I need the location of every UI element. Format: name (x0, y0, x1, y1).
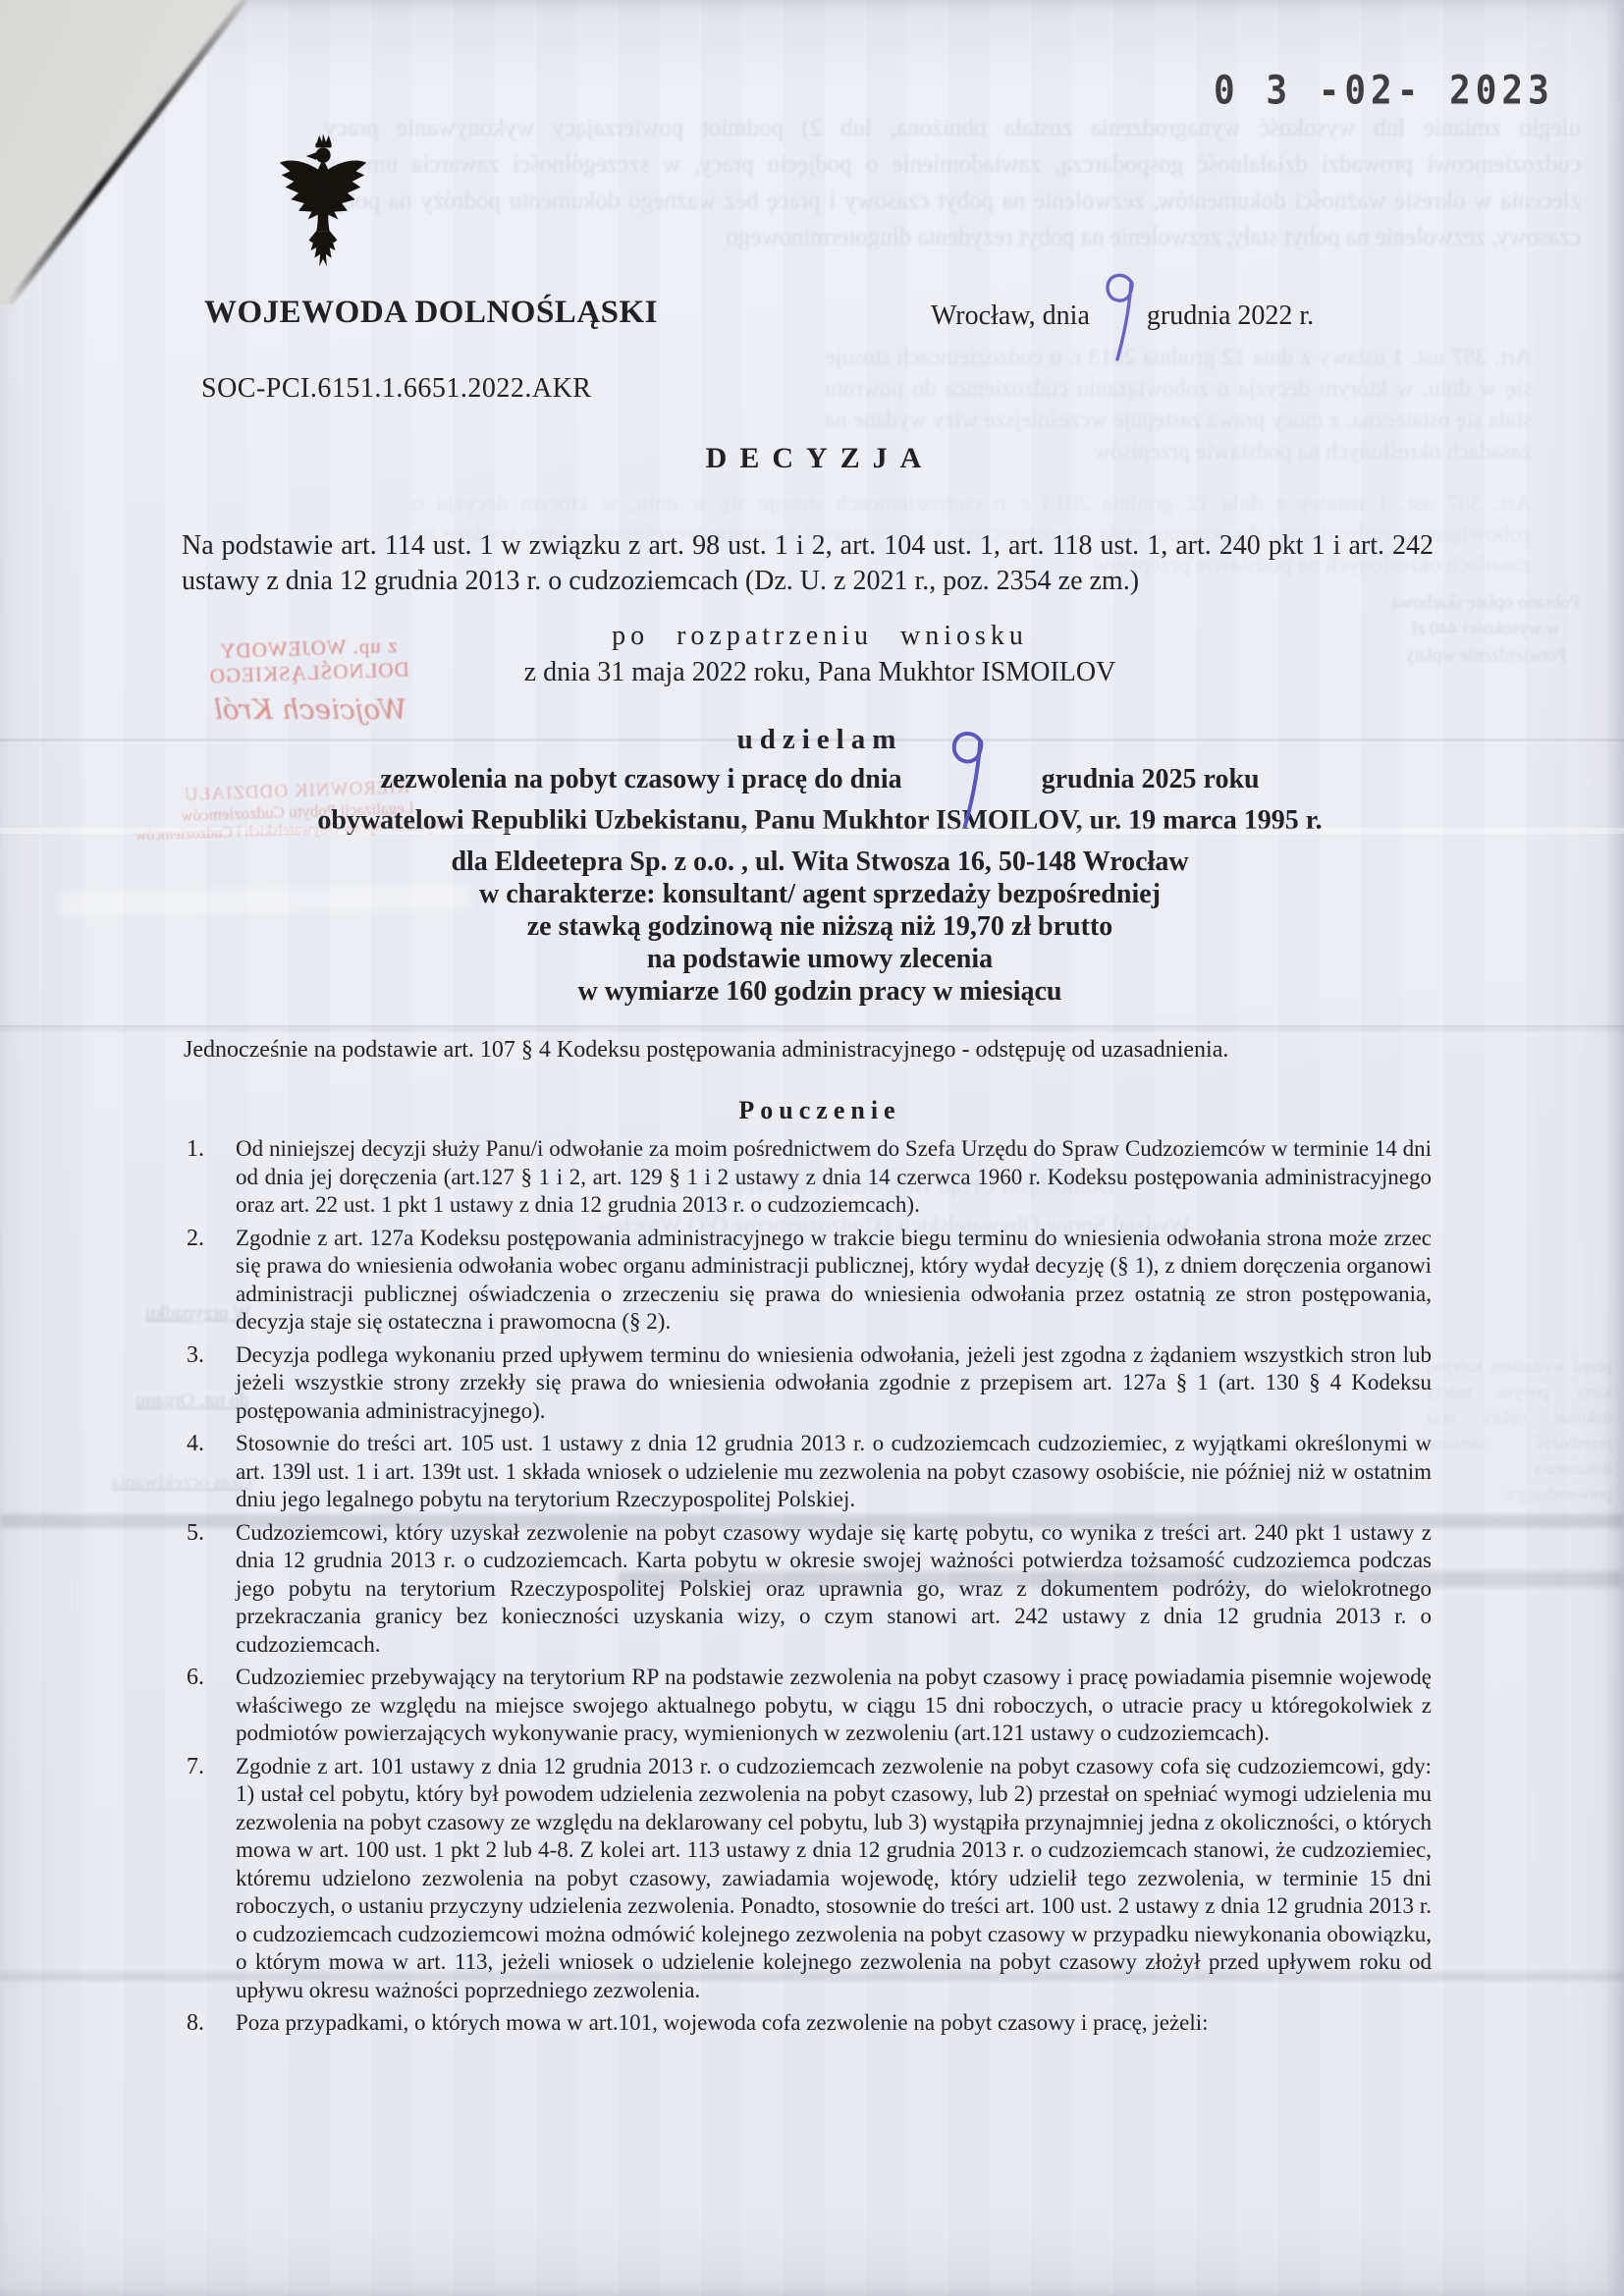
item-text: Cudzoziemcowi, który uzyskał zezwolenie … (236, 1519, 1432, 1660)
hours-line: w wymiarze 160 godzin pracy w miesiącu (20, 976, 1620, 1008)
pouczenie-item-3: 3. Decyzja podlega wykonaniu przed upływ… (187, 1341, 1432, 1426)
legal-basis-paragraph: Na podstawie art. 114 ust. 1 w związku z… (182, 528, 1434, 599)
item-text: Decyzja podlega wykonaniu przed upływem … (236, 1341, 1432, 1426)
pouczenie-item-8: 8. Poza przypadkami, o których mowa w ar… (187, 2009, 1432, 2038)
item-text: Zgodnie z art. 127a Kodeksu postępowania… (236, 1225, 1432, 1337)
grant-line-1: zezwolenia na pobyt czasowy i pracę do d… (20, 764, 1620, 795)
item-text: Cudzoziemiec przebywający na terytorium … (236, 1664, 1432, 1748)
item-text: Poza przypadkami, o których mowa w art.1… (236, 2009, 1432, 2038)
pouczenie-heading: Pouczenie (20, 1096, 1620, 1125)
scanned-decision-page: uległo zmianie lub wysokość wynagrodzeni… (0, 0, 1624, 2296)
pouczenie-item-6: 6. Cudzoziemiec przebywający na terytori… (187, 1664, 1432, 1748)
after-consideration-line: po rozpatrzeniu wniosku (20, 621, 1620, 652)
decision-document: 0 3 -02- 2023 WOJEWODA DOLNOŚLĄSKI Wrocł… (0, 0, 1624, 2296)
item-text: Zgodnie z art. 101 ustawy z dnia 12 grud… (236, 1753, 1432, 2005)
item-text: Stosownie do treści art. 105 ust. 1 usta… (236, 1430, 1432, 1514)
item-number: 5. (187, 1519, 236, 1660)
place-and-date-line: Wrocław, dnia grudnia 2022 r. (931, 301, 1314, 332)
handwritten-grant-day-mark (943, 727, 992, 831)
item-number: 7. (187, 1753, 236, 2005)
polish-eagle-emblem (276, 124, 370, 283)
handwritten-day-mark (1098, 269, 1141, 363)
grant-line-2: obywatelowi Republiki Uzbekistanu, Panu … (20, 805, 1620, 837)
item-number: 6. (187, 1664, 236, 1748)
justification-waiver-paragraph: Jednocześnie na podstawie art. 107 § 4 K… (184, 1037, 1435, 1064)
received-date-stamp: 0 3 -02- 2023 (1214, 69, 1554, 114)
contract-line: na podstawie umowy zlecenia (20, 944, 1620, 975)
authority-name: WOJEWODA DOLNOŚLĄSKI (204, 295, 658, 331)
pouczenie-item-1: 1. Od niniejszej decyzji służy Panu/i od… (187, 1135, 1432, 1220)
place-date-suffix: grudnia 2022 r. (1147, 301, 1314, 332)
pouczenie-item-5: 5. Cudzoziemcowi, który uzyskał zezwolen… (187, 1519, 1432, 1660)
pouczenie-item-7: 7. Zgodnie z art. 101 ustawy z dnia 12 g… (187, 1753, 1432, 2005)
item-number: 1. (187, 1135, 236, 1220)
item-text: Od niniejszej decyzji służy Panu/i odwoł… (236, 1135, 1432, 1220)
case-number: SOC-PCI.6151.1.6651.2022.AKR (201, 373, 591, 405)
pouczenie-item-2: 2. Zgodnie z art. 127a Kodeksu postępowa… (187, 1225, 1432, 1337)
item-number: 8. (187, 2009, 236, 2038)
employer-line: dla Eldeetepra Sp. z o.o. , ul. Wita Stw… (20, 847, 1620, 878)
item-number: 3. (187, 1341, 236, 1426)
place-date-prefix: Wrocław, dnia (931, 301, 1090, 332)
item-number: 2. (187, 1225, 236, 1337)
grant-line-1-right: grudnia 2025 roku (1042, 764, 1260, 794)
application-line: z dnia 31 maja 2022 roku, Pana Mukhtor I… (20, 657, 1620, 688)
grant-word-line: udzielam (20, 724, 1620, 756)
item-number: 4. (187, 1430, 236, 1514)
wage-line: ze stawką godzinową nie niższą niż 19,70… (20, 911, 1620, 943)
pouczenie-item-4: 4. Stosownie do treści art. 105 ust. 1 u… (187, 1430, 1432, 1514)
grant-line-1-left: zezwolenia na pobyt czasowy i pracę do d… (380, 764, 901, 794)
handwritten-day-slot (1090, 301, 1147, 332)
decision-title: DECYZJA (20, 442, 1620, 475)
pouczenie-list: 1. Od niniejszej decyzji służy Panu/i od… (187, 1135, 1432, 2043)
position-line: w charakterze: konsultant/ agent sprzeda… (20, 879, 1620, 910)
